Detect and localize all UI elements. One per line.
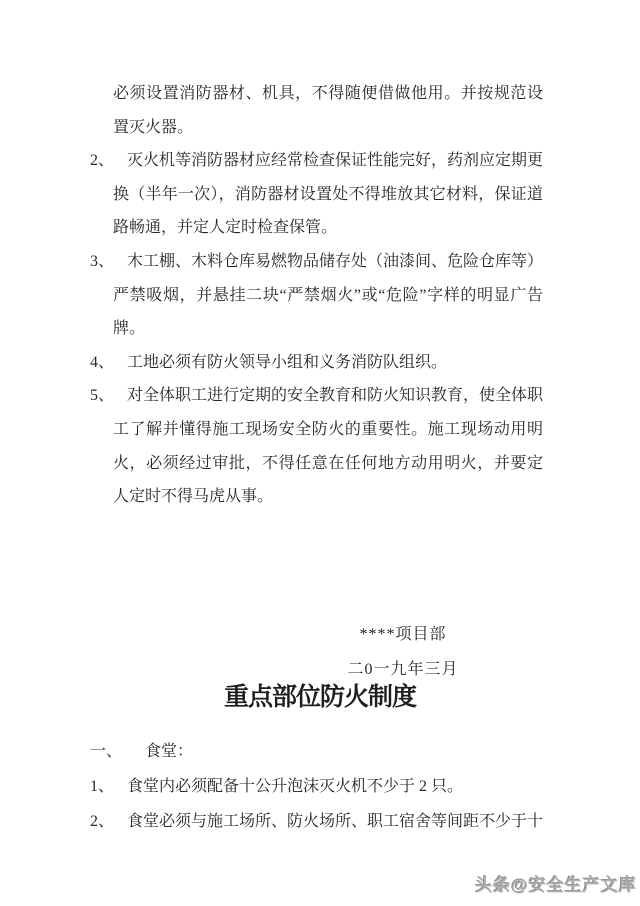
signature-unit: ****项目部 [283, 617, 523, 652]
document-page: 必须设置消防器材、机具，不得随便借做他用。并按规范设置灭火器。 2、灭火机等消防… [0, 0, 640, 906]
rule-item-4: 4、工地必须有防火领导小组和义务消防队组织。 [113, 346, 543, 380]
canteen-item-2-number: 2、 [90, 804, 127, 839]
canteen-item-1: 1、食堂内必须配备十公升泡沫灭火机不少于 2 只。 [113, 769, 543, 804]
canteen-item-1-text: 食堂内必须配备十公升泡沫灭火机不少于 2 只。 [127, 778, 463, 795]
key-areas-section: 一、食堂： 1、食堂内必须配备十公升泡沫灭火机不少于 2 只。 2、食堂必须与施… [0, 734, 640, 839]
rule-item-continuation: 必须设置消防器材、机具，不得随便借做他用。并按规范设置灭火器。 [113, 77, 543, 144]
rule-item-2-text: 灭火机等消防器材应经常检查保证性能完好，药剂应定期更换（半年一次），消防器材设置… [113, 152, 543, 236]
section-title: 重点部位防火制度 [0, 677, 640, 717]
canteen-item-2-text: 食堂必须与施工场所、防火场所、职工宿舍等间距不少于十 [127, 813, 543, 830]
canteen-header-text: 食堂： [145, 743, 193, 760]
canteen-header-number: 一、 [90, 734, 145, 769]
rule-item-3: 3、木工棚、木料仓库易燃物品储存处（油漆间、危险仓库等）严禁吸烟，并悬挂二块“严… [113, 245, 543, 346]
rule-item-4-number: 4、 [90, 346, 127, 380]
canteen-item-1-number: 1、 [90, 769, 127, 804]
rule-item-5-number: 5、 [90, 379, 127, 413]
rule-item-2-number: 2、 [90, 144, 127, 178]
fire-safety-rules-section: 必须设置消防器材、机具，不得随便借做他用。并按规范设置灭火器。 2、灭火机等消防… [0, 0, 640, 514]
rule-item-4-text: 工地必须有防火领导小组和义务消防队组织。 [127, 354, 447, 371]
rule-item-2: 2、灭火机等消防器材应经常检查保证性能完好，药剂应定期更换（半年一次），消防器材… [113, 144, 543, 245]
rule-item-5: 5、对全体职工进行定期的安全教育和防火知识教育，使全体职工了解并懂得施工现场安全… [113, 379, 543, 513]
rule-item-3-text: 木工棚、木料仓库易燃物品储存处（油漆间、危险仓库等）严禁吸烟，并悬挂二块“严禁烟… [113, 253, 543, 337]
canteen-item-2: 2、食堂必须与施工场所、防火场所、职工宿舍等间距不少于十 [113, 804, 543, 839]
rule-item-3-number: 3、 [90, 245, 127, 279]
canteen-header: 一、食堂： [113, 734, 543, 769]
watermark-text: 头条@安全生产文库 [475, 871, 637, 896]
rule-item-5-text: 对全体职工进行定期的安全教育和防火知识教育，使全体职工了解并懂得施工现场安全防火… [113, 387, 543, 505]
